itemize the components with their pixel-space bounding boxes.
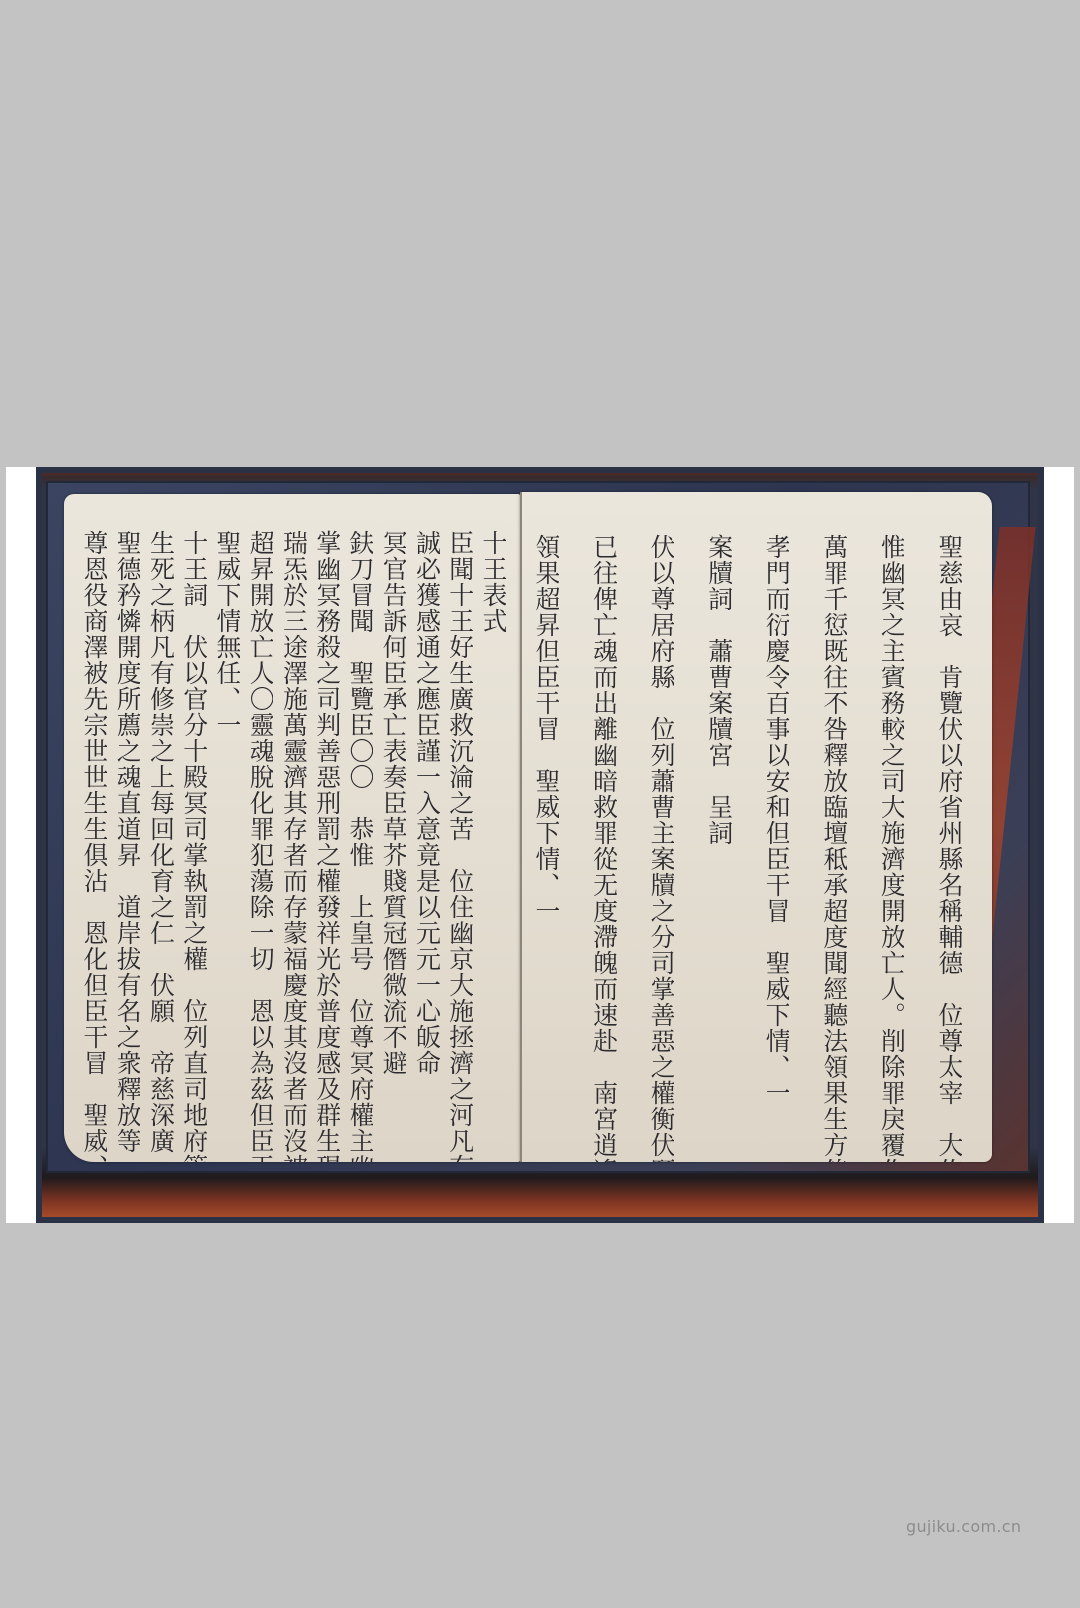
text-column: 掌幽冥務殺之司判善惡刑罰之權發祥光於普度感及群生現 xyxy=(315,530,340,1162)
text-column: 瑞炁於三途澤施萬靈濟其存者而存蒙福慶度其沒者而沒被 xyxy=(282,530,307,1162)
watermark: gujiku.com.cn xyxy=(906,1517,1021,1536)
page-fold xyxy=(520,492,522,1162)
text-column: 聖威下情無任、一 xyxy=(215,530,240,1162)
text-column: 鈇刀冒聞 聖覽臣〇〇 恭惟 上皇号 位尊冥府權主幽都 xyxy=(348,530,373,1162)
text-column: 十王表式 xyxy=(481,530,506,1162)
text-column: 生死之柄凡有修崇之上每回化育之仁 伏願 帝慈深廣 xyxy=(149,530,174,1162)
text-column: 冥官告訴何臣承亡表奏臣草芥賤質冠僭微流不避 xyxy=(381,530,406,1162)
text-column: 惟幽冥之主賓務較之司大施濟度開放亡人。削除罪戾覆作誤為 xyxy=(879,534,904,1162)
text-column: 尊恩役商澤被先宗世世生生俱沾 恩化但臣干冒 聖威、一 xyxy=(82,530,107,1162)
text-column: 案牘詞 蕭曹案牘宮 呈詞 xyxy=(707,534,732,1162)
manuscript-left-page: 十王表式 臣聞十王好生廣救沉淪之苦 位住幽京大施拯濟之河凡有哀懇之 誠必獲感通之… xyxy=(64,494,520,1162)
text-column: 誠必獲感通之應臣謹一入意竟是以元元一心皈命 xyxy=(415,530,440,1162)
text-column: 領果超昇但臣干冒 聖威下情、一 xyxy=(534,534,559,1162)
text-column: 聖德矜憐開度所薦之魂直道昇 道岸拔有名之衆釋放等 xyxy=(115,530,140,1162)
text-column: 已往俾亡魂而出離幽暗救罪從无度滯魄而速赴 南宮逍遙自在 xyxy=(592,534,617,1162)
text-column: 孝門而衍慶令百事以安和但臣干冒 聖威下情、一 xyxy=(764,534,789,1162)
text-column: 伏以尊居府縣 位列蕭曹主案牘之分司掌善惡之權衡伏願赦除 xyxy=(649,534,674,1162)
text-column: 超昇開放亡人〇靈魂脫化罪犯蕩除一切 恩以為茲但臣干冒 xyxy=(248,530,273,1162)
manuscript-right-page: 聖慈由哀 肯覽伏以府省州縣名稱輔德 位尊太宰 大佈洪恩 惟幽冥之主賓務較之司大施… xyxy=(520,492,992,1162)
right-page-columns: 聖慈由哀 肯覽伏以府省州縣名稱輔德 位尊太宰 大佈洪恩 惟幽冥之主賓務較之司大施… xyxy=(534,534,962,1162)
text-column: 萬罪千愆既往不咎釋放臨壇秪承超度聞經聽法領果生方俾 xyxy=(822,534,847,1162)
left-page-columns: 十王表式 臣聞十王好生廣救沉淪之苦 位住幽京大施拯濟之河凡有哀懇之 誠必獲感通之… xyxy=(82,530,506,1162)
text-column: 十王詞 伏以官分十殿冥司掌執罰之權 位列直司地府管 xyxy=(182,530,207,1162)
text-column: 聖慈由哀 肯覽伏以府省州縣名稱輔德 位尊太宰 大佈洪恩 xyxy=(937,534,962,1162)
text-column: 臣聞十王好生廣救沉淪之苦 位住幽京大施拯濟之河凡有哀懇之 xyxy=(448,530,473,1162)
